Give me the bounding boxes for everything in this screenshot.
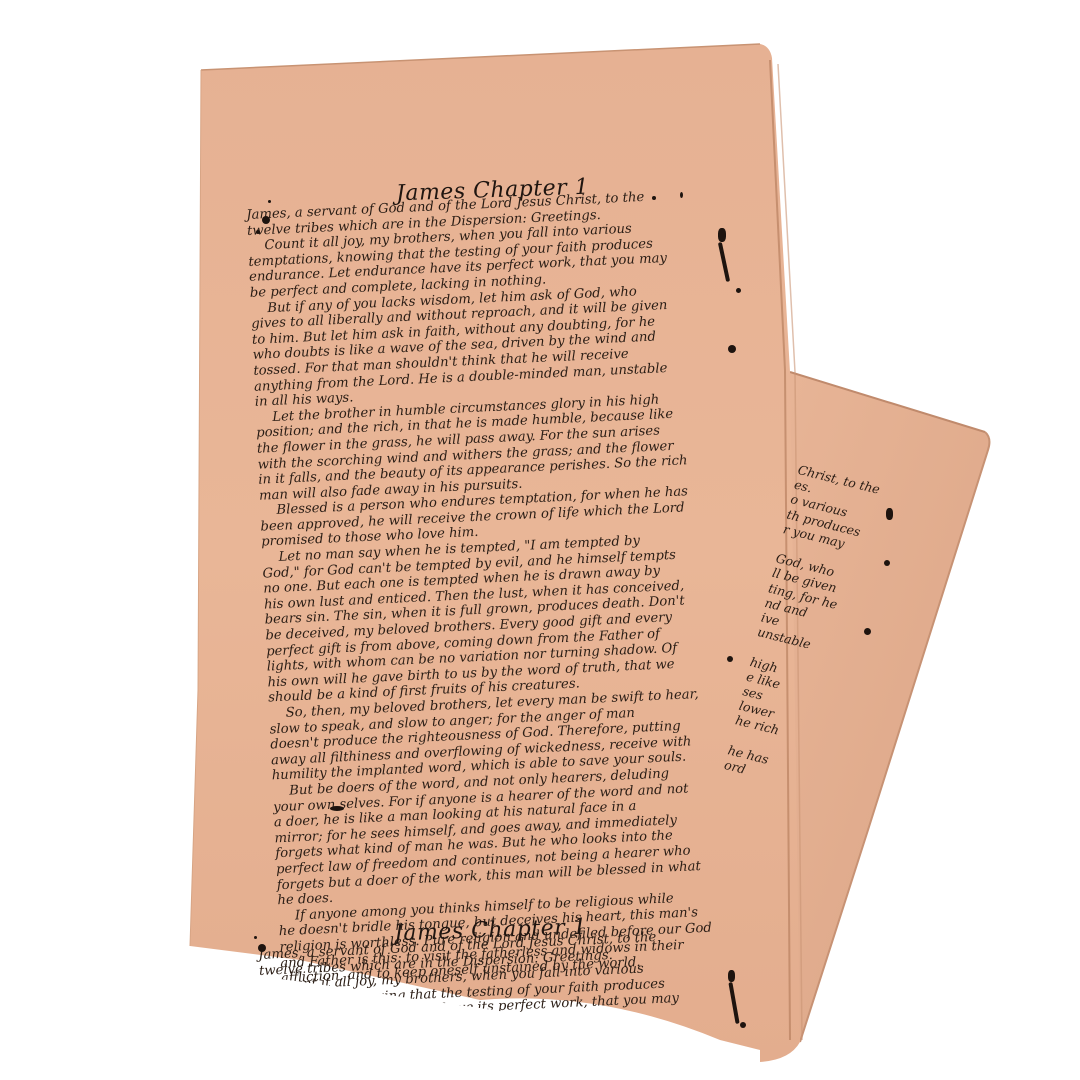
ink-splatter: [736, 288, 741, 293]
ink-splatter: [268, 200, 271, 203]
ink-splatter: [864, 628, 871, 635]
ink-splatter: [258, 944, 266, 952]
ink-splatter: [727, 656, 733, 662]
ink-splatter: [254, 936, 257, 939]
ink-splatter: [330, 806, 344, 811]
ink-splatter: [256, 230, 260, 234]
ink-splatter: [652, 196, 656, 200]
ink-splatter: [740, 1022, 746, 1028]
ink-splatter: [680, 192, 683, 198]
ink-splatter: [884, 560, 890, 566]
ink-splatter: [728, 345, 736, 353]
torn-edge-mask: [0, 0, 1080, 1080]
ink-splatter: [262, 216, 270, 224]
ink-splatter: [728, 970, 735, 982]
scarf-photo: Christ, to thees.o variousth producesr y…: [0, 0, 1080, 1080]
ink-splatter: [886, 508, 893, 520]
ink-splatter: [718, 228, 726, 242]
